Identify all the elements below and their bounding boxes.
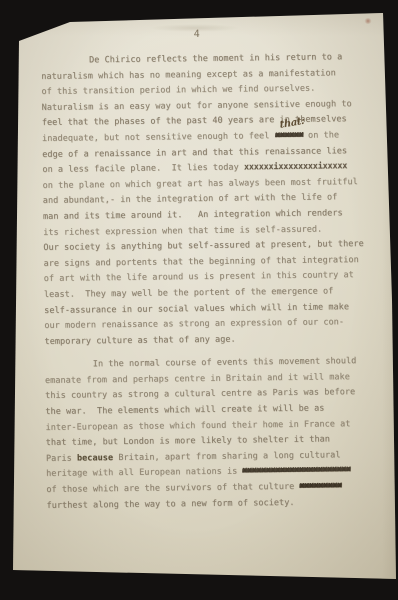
typed-segment: this country as strong a cultural centre… — [45, 388, 355, 402]
typed-segment: Paris — [46, 453, 77, 463]
photo-frame: 4 De Chirico reflects the moment in his … — [0, 0, 398, 600]
typed-segment: Naturalism is an easy way out for anyone… — [42, 99, 352, 113]
typed-segment: heritage with all European nations is — [46, 467, 242, 479]
typed-segment: are signs and portents that the beginnin… — [43, 255, 358, 269]
typed-segment: on the plane on which great art has alwa… — [43, 177, 358, 191]
typed-segment: least. They may well be the portent of t… — [44, 286, 333, 300]
typed-segment: naturalism which has no meaning except a… — [41, 68, 336, 82]
typed-segment: on the — [303, 130, 339, 140]
typed-segment: inter-European as those which found thei… — [45, 419, 350, 433]
typed-segment: self-assurance in our social values whic… — [44, 302, 349, 316]
typed-strikeout: xxxxxxixxxxxxxxixxxxx — [244, 161, 347, 172]
overtyped-word: because — [77, 453, 113, 463]
typed-segment: of those which are the survivors of that… — [46, 482, 299, 495]
page-number: 4 — [194, 29, 200, 40]
typed-segment: man and its time around it. An integrati… — [43, 208, 343, 222]
ink-strikeout: xxxxxxthat: — [274, 128, 303, 144]
typed-segment: of art with the life around us is presen… — [44, 270, 354, 284]
typed-segment: our modern renaissance as strong an expr… — [44, 317, 344, 331]
typed-segment: on a less facile plane. It lies today — [42, 163, 244, 175]
typed-segment: that time, but London is more likely to … — [46, 435, 330, 448]
ink-strikeout: xxxxxxxxx — [299, 478, 342, 494]
typed-segment: the war. The elements which will create … — [45, 404, 324, 417]
typed-text: De Chirico reflects the moment in his re… — [41, 50, 373, 514]
typed-segment: furthest along the way to a new form of … — [46, 497, 294, 510]
typed-segment: In the normal course of events this move… — [93, 356, 357, 369]
typed-segment: edge of a renaissance in art and that th… — [42, 146, 347, 160]
typed-segment: its richest expression when that time is… — [43, 224, 322, 237]
typed-segment: Britain, apart from sharing a long cultu… — [113, 450, 340, 463]
typed-segment: Our society is anything but self-assured… — [43, 239, 363, 253]
typed-segment: and abundant,- in the integration of art… — [43, 193, 338, 207]
typed-segment: De Chirico reflects the moment in his re… — [89, 52, 342, 65]
ink-strikeout: xxxxxxxxxxxxxxxxxxxxxxx — [242, 463, 351, 480]
handwritten-annotation: that: — [279, 114, 305, 134]
typed-segment: emanate from and perhaps centre in Brita… — [45, 372, 350, 386]
page-content: 4 De Chirico reflects the moment in his … — [0, 0, 398, 600]
typed-segment: temporary culture as that of any age. — [44, 334, 235, 346]
typed-segment: inadequate, but not sensitive enough to … — [42, 131, 275, 144]
typed-segment: of this transition period in which we fi… — [41, 84, 315, 97]
